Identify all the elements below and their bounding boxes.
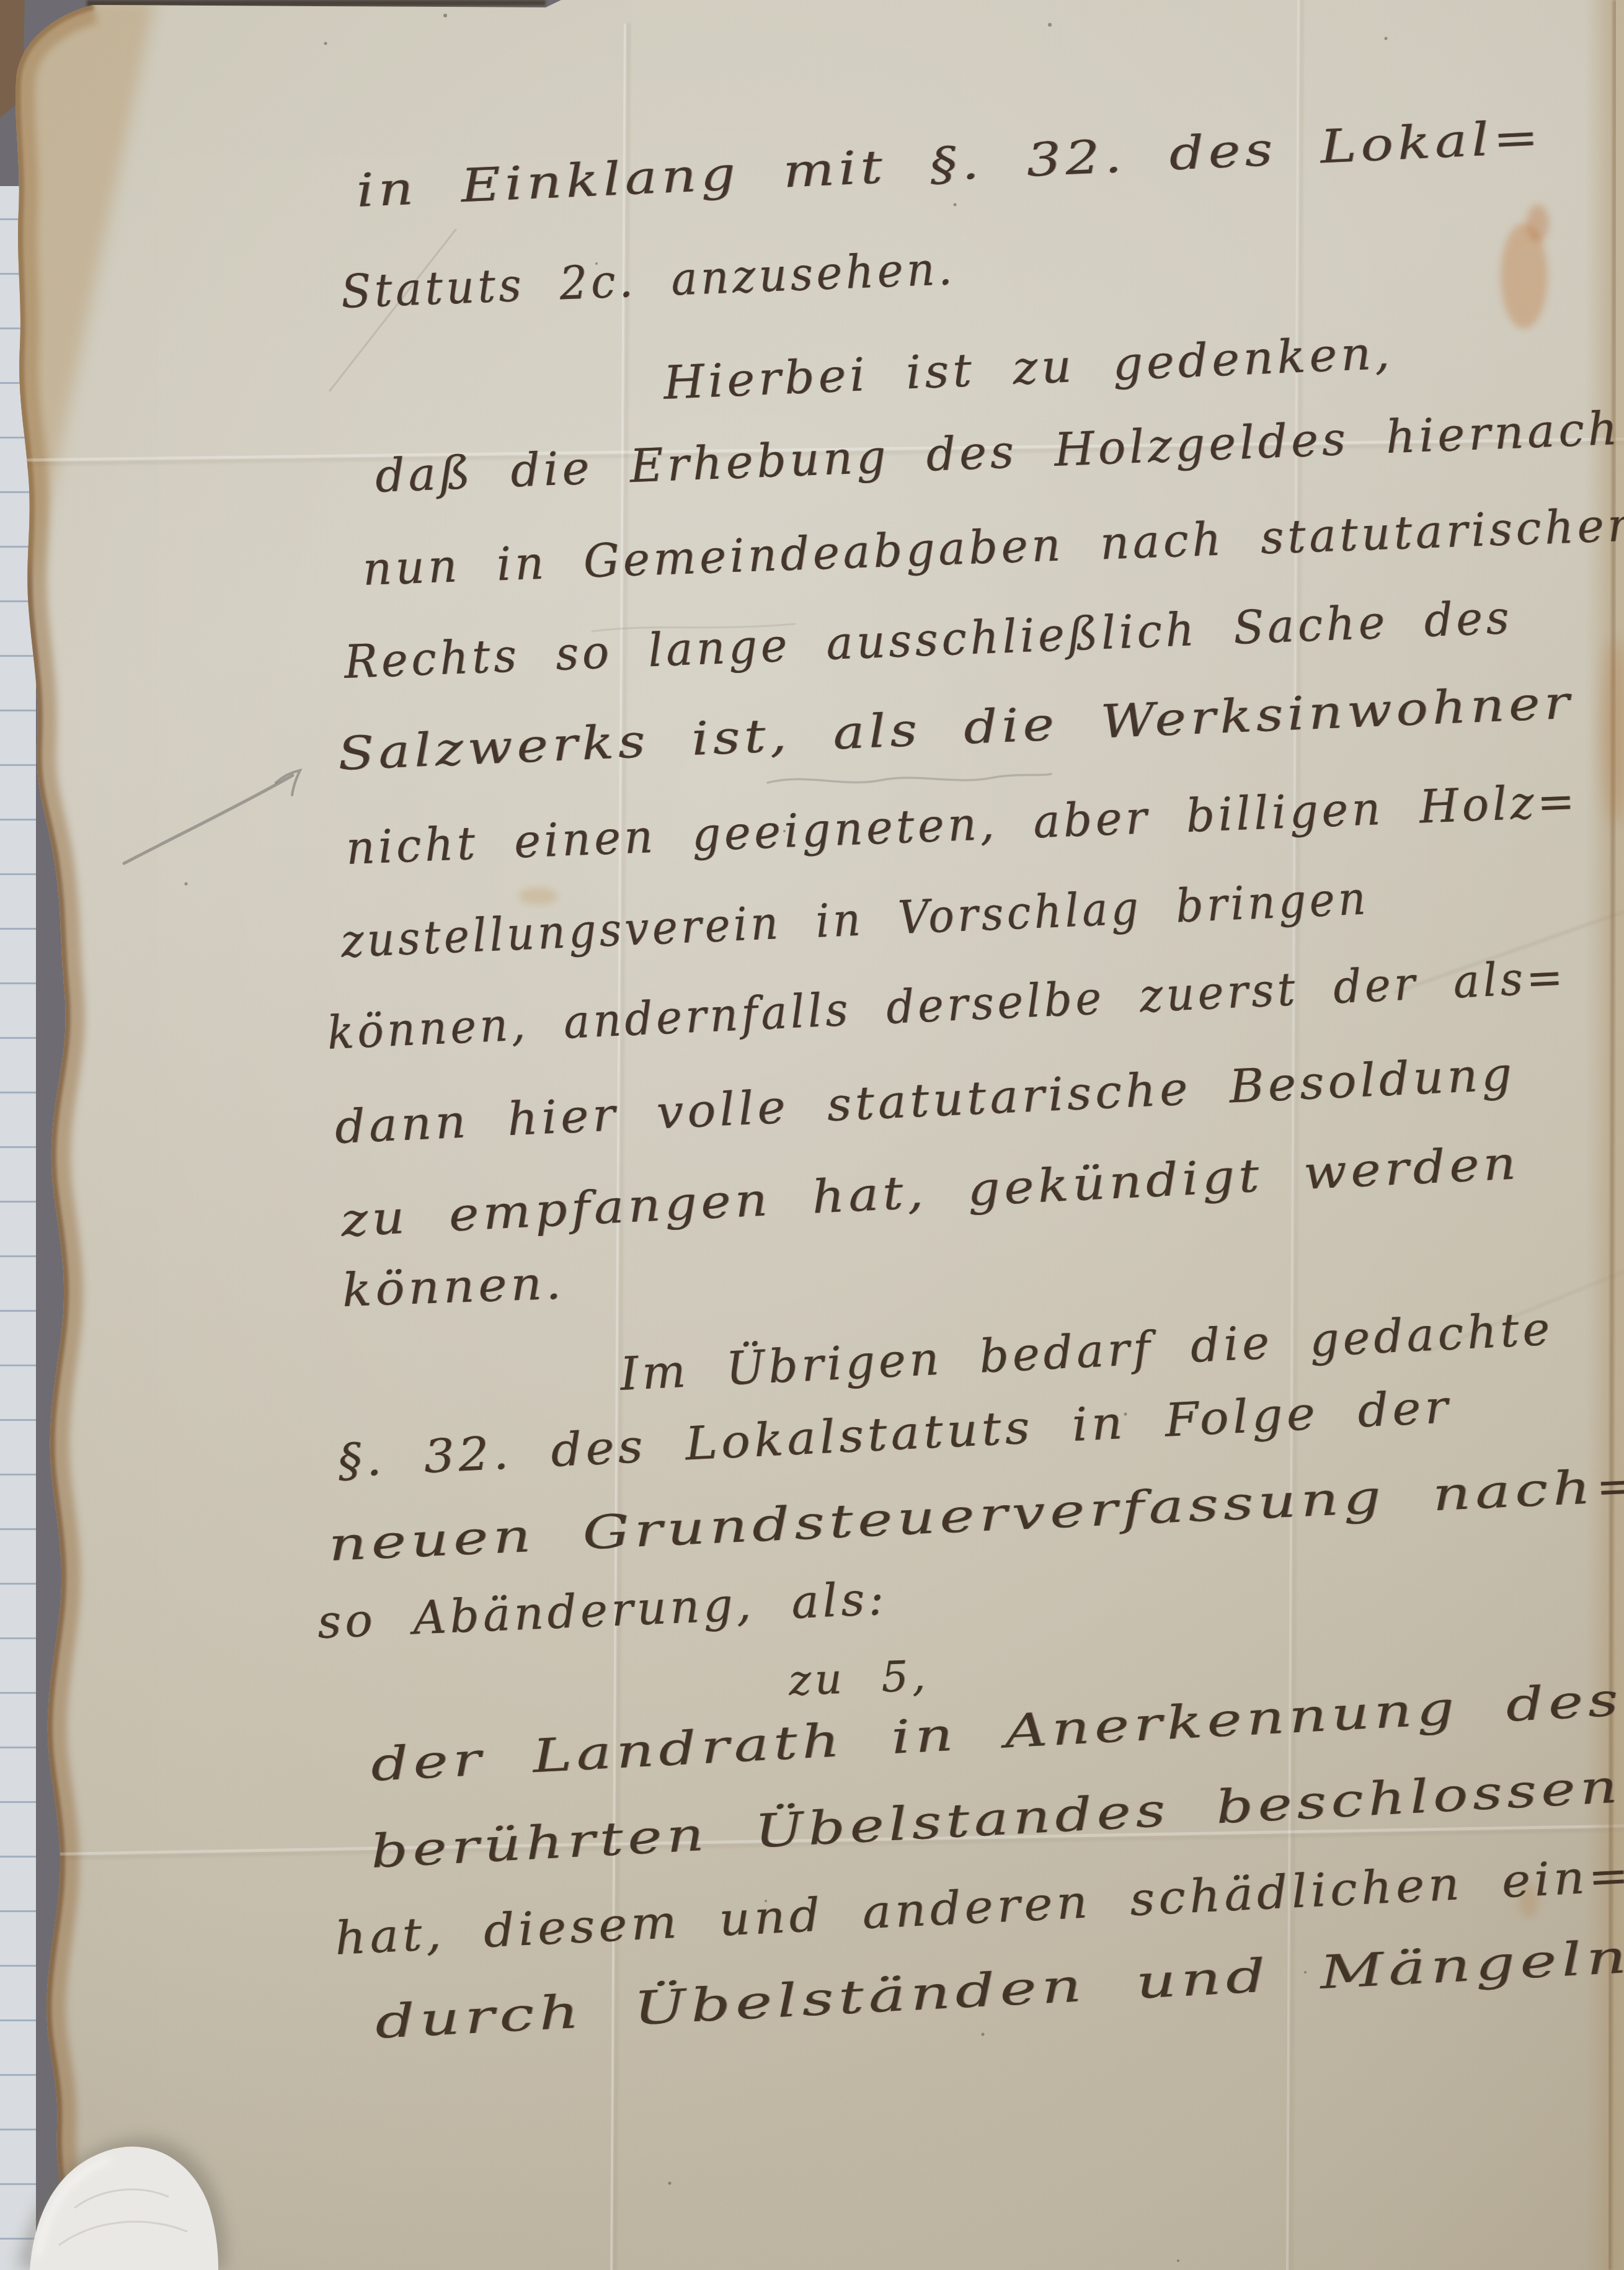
manuscript-line: nun in Gemeindeabgaben nach statutarisch… [362, 496, 1624, 598]
manuscript-line: Statuts 2c. anzusehen. [340, 240, 956, 321]
manuscript-line: zu empfangen hat, gekündigt werden [340, 1134, 1521, 1249]
manuscript-line: dann hier volle statutarische Besoldung [334, 1046, 1517, 1157]
manuscript-line: zu 5, [788, 1650, 930, 1707]
manuscript-line: nicht einen geeigneten, aber billigen Ho… [345, 773, 1579, 878]
manuscript-line: Salzwerks ist, als die Werksinwohner [337, 674, 1574, 783]
manuscript-line: zustellungsverein in Vorschlag bringen [340, 870, 1370, 971]
manuscript-line: in Einklang mit §. 32. des Lokal= [355, 109, 1544, 220]
manuscript-line: daß die Erhebung des Holzgeldes hiernach [374, 400, 1622, 505]
manuscript-line: können. [341, 1255, 566, 1320]
manuscript-line: so Abänderung, als: [316, 1570, 889, 1652]
manuscript-line: können, andernfalls derselbe zuerst der … [326, 948, 1568, 1062]
manuscript-line: Rechts so lange ausschließlich Sache des [343, 589, 1514, 692]
manuscript-line: Hierbei ist zu gedenken, [662, 324, 1395, 412]
handwritten-text-block: in Einklang mit §. 32. des Lokal= Statut… [0, 0, 1624, 2270]
photograph-of-manuscript: in Einklang mit §. 32. des Lokal= Statut… [0, 0, 1624, 2270]
